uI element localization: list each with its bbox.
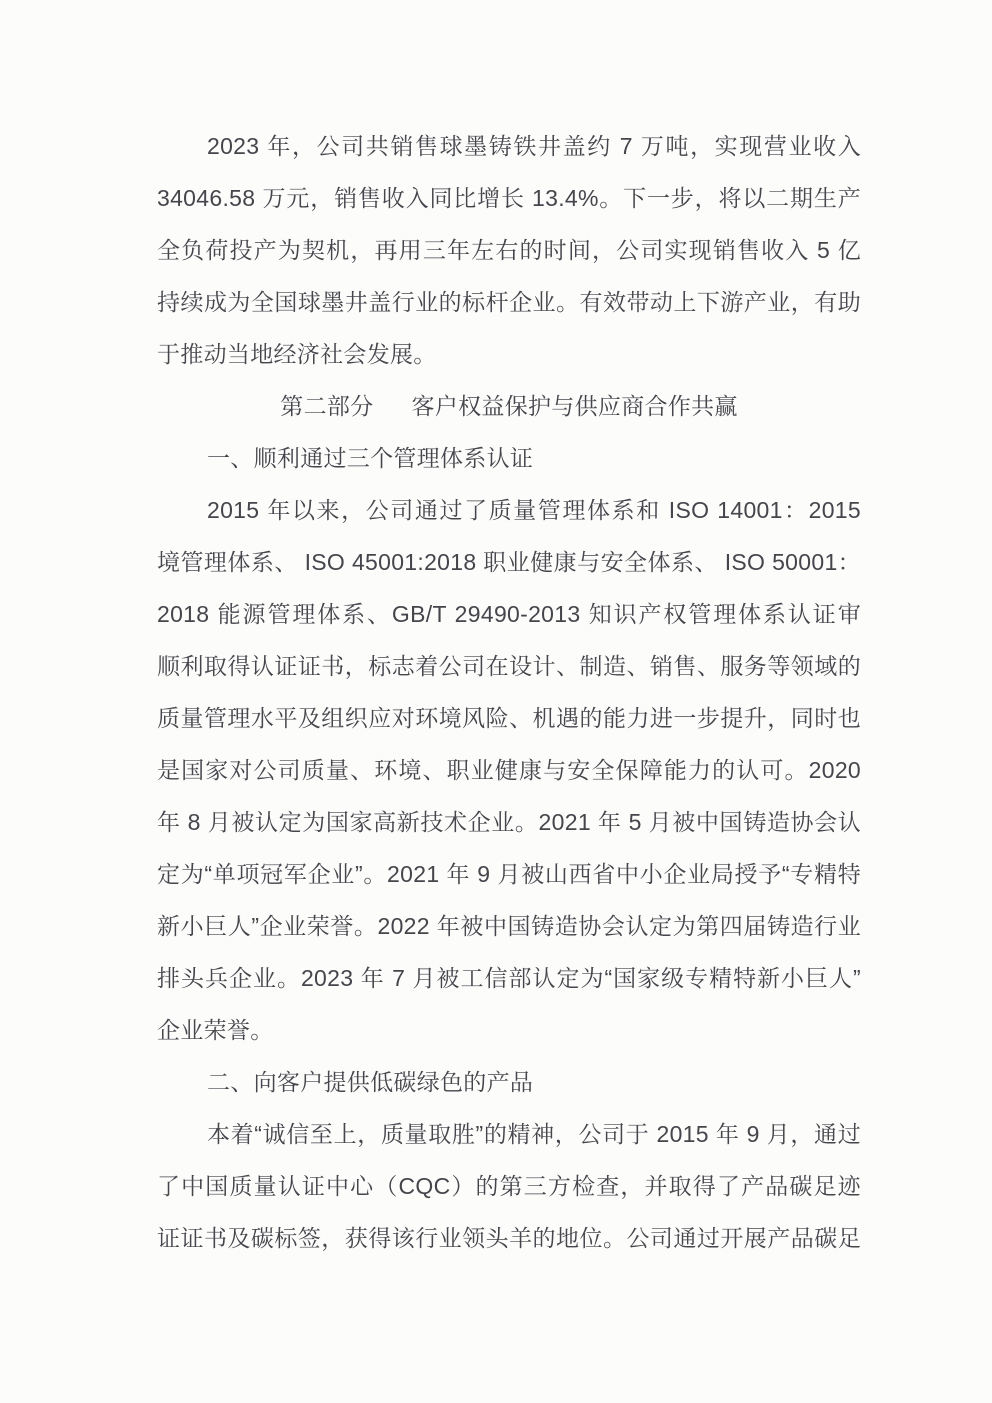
paragraph-certifications: 2015 年以来，公司通过了质量管理体系和 ISO 14001：2015 环 境… [157,484,861,1056]
subheading-low-carbon-products: 二、向客户提供低碳绿色的产品 [157,1056,861,1108]
text-line: 顺利取得认证证书，标志着公司在设计、制造、销售、服务等领域的 [157,640,861,692]
page-content: 2023 年，公司共销售球墨铸铁井盖约 7 万吨，实现营业收入 34046.58… [157,120,861,1264]
text-line: 了中国质量认证中心（CQC）的第三方检查，并取得了产品碳足迹认 [157,1160,861,1212]
text-line: 年 8 月被认定为国家高新技术企业。2021 年 5 月被中国铸造协会认 [157,796,861,848]
paragraph-low-carbon: 本着“诚信至上，质量取胜”的精神，公司于 2015 年 9 月，通过 了中国质量… [157,1108,861,1264]
text-line: 2015 年以来，公司通过了质量管理体系和 ISO 14001：2015 环 [157,484,861,536]
subheading-certifications: 一、顺利通过三个管理体系认证 [157,432,861,484]
text-line: 持续成为全国球墨井盖行业的标杆企业。有效带动上下游产业，有助 [157,276,861,328]
text-line: 于推动当地经济社会发展。 [157,328,861,380]
text-line: 质量管理水平及组织应对环境风险、机遇的能力进一步提升，同时也 [157,692,861,744]
text-line: 证证书及碳标签，获得该行业领头羊的地位。公司通过开展产品碳足 [157,1212,861,1264]
section-heading: 第二部分客户权益保护与供应商合作共赢 [157,380,861,432]
document-page: 2023 年，公司共销售球墨铸铁井盖约 7 万吨，实现营业收入 34046.58… [0,0,992,1403]
section-heading-number: 第二部分 [280,393,373,419]
text-line: 34046.58 万元，销售收入同比增长 13.4%。下一步，将以二期生产线 [157,172,861,224]
text-line: 2018 能源管理体系、GB/T 29490-2013 知识产权管理体系认证审核… [157,588,861,640]
section-heading-title: 客户权益保护与供应商合作共赢 [412,393,738,419]
text-line: 本着“诚信至上，质量取胜”的精神，公司于 2015 年 9 月，通过 [157,1108,861,1160]
paragraph-sales-overview: 2023 年，公司共销售球墨铸铁井盖约 7 万吨，实现营业收入 34046.58… [157,120,861,380]
text-line: 定为“单项冠军企业”。2021 年 9 月被山西省中小企业局授予“专精特 [157,848,861,900]
text-line: 2023 年，公司共销售球墨铸铁井盖约 7 万吨，实现营业收入 [157,120,861,172]
text-line: 新小巨人”企业荣誉。2022 年被中国铸造协会认定为第四届铸造行业 [157,900,861,952]
text-line: 境管理体系、 ISO 45001:2018 职业健康与安全体系、 ISO 500… [157,536,861,588]
text-line: 是国家对公司质量、环境、职业健康与安全保障能力的认可。2020 [157,744,861,796]
text-line: 企业荣誉。 [157,1004,861,1056]
text-line: 全负荷投产为契机，再用三年左右的时间，公司实现销售收入 5 亿元， [157,224,861,276]
text-line: 排头兵企业。2023 年 7 月被工信部认定为“国家级专精特新小巨人” [157,952,861,1004]
